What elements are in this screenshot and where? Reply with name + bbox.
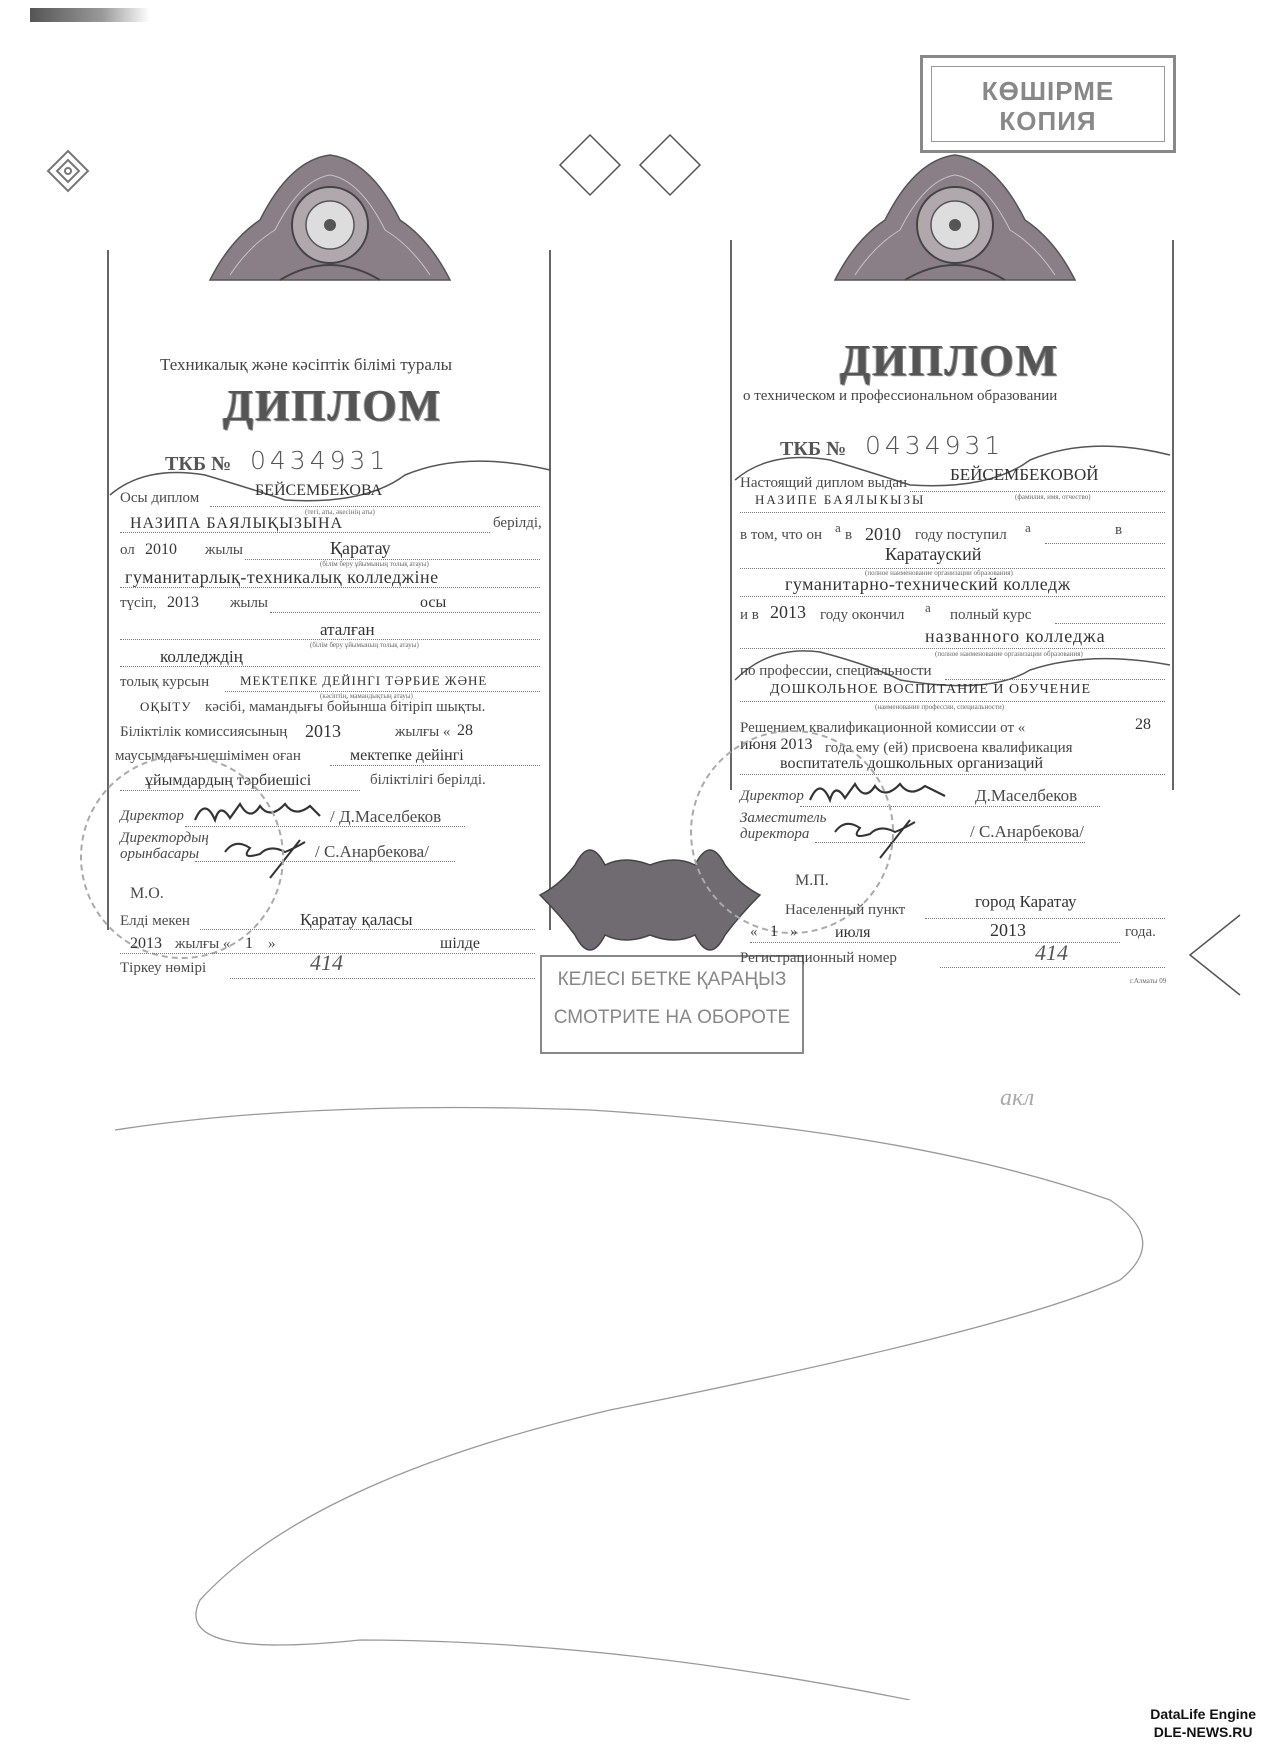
watermark-line-2: DLE-NEWS.RU <box>1150 1723 1256 1741</box>
underline <box>210 506 540 507</box>
director-name: Д.Маселбеков <box>975 786 1077 806</box>
ornament-icon <box>45 148 91 194</box>
reg-number: 414 <box>1035 940 1068 966</box>
diploma-title-ru: ДИПЛОМ <box>840 335 1059 386</box>
seal-label: М.П. <box>795 872 829 890</box>
place-label: Елді мекен <box>120 913 190 930</box>
specialty-value-1: МЕКТЕПКЕ ДЕЙІНГІ ТӘРБИЕ ЖӘНЕ <box>240 673 487 689</box>
date-year-word: жылғы « <box>175 936 230 953</box>
underline <box>740 596 1165 597</box>
reg-number: 414 <box>310 950 343 976</box>
decorative-swoosh <box>110 1080 1160 1700</box>
full-course-label: толық курсын <box>120 674 209 691</box>
given-names-value: НАЗИПЕ БАЯЛЫКЫЗЫ <box>755 492 925 508</box>
given-names-value: НАЗИПА БАЯЛЫҚЫЗЫНА <box>130 515 343 533</box>
specialty-value-2: ОҚЫТУ <box>140 699 192 715</box>
name-hint: (фамилия, имя, отчество) <box>1015 493 1091 501</box>
diploma-subtitle-ru: о техническом и профессиональном образов… <box>743 388 1057 405</box>
underline <box>910 491 1165 492</box>
qualification-value-1: мектепке дейінгі <box>350 747 464 765</box>
commission-date-label: жылғы « <box>395 724 450 741</box>
edge-chevron-icon <box>1185 910 1245 1000</box>
commission-year-value: 2013 <box>305 721 341 742</box>
copy-stamp-kazakh: КӨШІРМЕ <box>923 76 1173 107</box>
year-word-2: жылы <box>230 595 268 612</box>
full-course-label: полный курс <box>950 607 1031 624</box>
atalgan-value: аталған <box>320 620 375 640</box>
osy-value: осы <box>420 594 446 612</box>
place-label: Населенный пункт <box>785 902 905 919</box>
deputy-name: / С.Анарбекова/ <box>315 842 429 862</box>
entered-label: году поступил <box>915 527 1007 544</box>
underline <box>120 639 540 640</box>
org-hint-2: (білім беру ұйымының толық атауы) <box>310 641 419 649</box>
scan-edge-mark <box>30 8 150 22</box>
date-year: 2013 <box>990 920 1026 941</box>
underline <box>940 967 1165 968</box>
underline <box>945 679 1165 680</box>
specialty-value: ДОШКОЛЬНОЕ ВОСПИТАНИЕ И ОБУЧЕНИЕ <box>770 682 1091 698</box>
underline <box>120 532 490 533</box>
suffix-a-2: а <box>1025 520 1031 536</box>
date-day: 1 <box>245 935 253 953</box>
underline <box>740 701 1165 702</box>
diamond-ornament-icon <box>555 130 705 200</box>
date-open: « <box>750 924 758 941</box>
underline <box>230 978 535 979</box>
state-emblem-icon <box>200 150 460 290</box>
diploma-kazakh-panel: Техникалық және кәсіптік білімі туралы Д… <box>105 150 555 1020</box>
diploma-subtitle-kk: Техникалық және кәсіптік білімі туралы <box>160 355 452 375</box>
underline <box>330 765 540 766</box>
reg-label: Тіркеу нөмірі <box>120 960 206 977</box>
place-value: город Каратау <box>975 892 1077 912</box>
underline <box>200 929 535 930</box>
grad-year-value: 2013 <box>167 594 199 612</box>
director-name: / Д.Маселбеков <box>330 807 441 827</box>
specialty-label: по профессии, специальности <box>740 663 932 680</box>
year-word: жылы <box>205 542 243 559</box>
watermark-line-1: DataLife Engine <box>1150 1705 1256 1723</box>
finished-label: году окончил <box>820 607 904 624</box>
in-that-label: в том, что он <box>740 527 822 544</box>
underline <box>925 918 1165 919</box>
specialty-hint: (наименование профессии, специальности) <box>875 703 1004 711</box>
printer-mark: г.Алматы 09 <box>1130 977 1166 985</box>
surname-value: БЕЙСЕМБЕКОВОЙ <box>950 465 1099 485</box>
qualification-suffix: біліктілігі берілді. <box>370 772 486 789</box>
reg-label: Регистрационный номер <box>740 950 897 967</box>
enter-year-value: 2010 <box>865 524 901 545</box>
college-word-value: колледждің <box>160 647 243 667</box>
date-suffix: года. <box>1125 924 1156 941</box>
underline <box>1055 623 1165 624</box>
copy-stamp: КӨШІРМЕ КОПИЯ <box>920 55 1176 153</box>
seal-label: М.О. <box>130 885 164 903</box>
entered-label: түсіп, <box>120 595 157 612</box>
copy-stamp-russian: КОПИЯ <box>923 106 1173 137</box>
underline <box>740 512 1165 513</box>
site-watermark: DataLife Engine DLE-NEWS.RU <box>1150 1705 1256 1741</box>
place-value: Қаратау қаласы <box>300 910 413 930</box>
date-close: » <box>790 924 798 941</box>
underline <box>120 666 540 667</box>
enter-year-value: 2010 <box>145 541 177 559</box>
deputy-name: / С.Анарбекова/ <box>970 822 1084 842</box>
date-month: шілде <box>440 935 480 953</box>
issued-to-label: Настоящий диплом выдан <box>740 475 907 492</box>
commission-day-value: 28 <box>457 722 473 740</box>
issued-to-label: Осы диплом <box>120 490 199 507</box>
suffix-a-1: а <box>835 520 841 536</box>
commission-day-value: 28 <box>1135 716 1151 734</box>
college-city-value: Каратауский <box>885 544 981 565</box>
commission-label: Біліктілік комиссиясының <box>120 724 287 741</box>
college-name-value: гуманитарно-технический колледж <box>785 574 1071 595</box>
state-emblem-icon <box>825 150 1085 290</box>
see-reverse-russian: СМОТРИТЕ НА ОБОРОТЕ <box>542 1007 802 1029</box>
suffix-a-3: а <box>925 600 931 616</box>
ol-label: ол <box>120 542 135 559</box>
issued-word: берілді, <box>493 515 542 532</box>
diploma-title-kk: ДИПЛОМ <box>223 380 442 431</box>
college-city-value: Қаратау <box>330 538 391 559</box>
and-in-label: и в <box>740 607 759 624</box>
date-month: июля <box>835 924 870 942</box>
surname-value: БЕЙСЕМБЕКОВА <box>255 482 382 500</box>
underline <box>120 587 540 588</box>
underline <box>1045 543 1165 544</box>
diploma-russian-panel: ДИПЛОМ о техническом и профессиональном … <box>725 150 1185 990</box>
underline <box>270 612 540 613</box>
date-day: 1 <box>770 923 778 941</box>
in-word-2: в <box>1115 522 1122 539</box>
grad-year-value: 2013 <box>770 602 806 623</box>
specialty-suffix: кәсібі, мамандығы бойынша бітіріп шықты. <box>205 699 485 716</box>
date-close: » <box>268 936 276 953</box>
college-name-value: гуманитарлық-техникалық колледжіне <box>125 567 439 588</box>
in-word: в <box>845 527 852 544</box>
date-year: 2013 <box>130 935 162 953</box>
